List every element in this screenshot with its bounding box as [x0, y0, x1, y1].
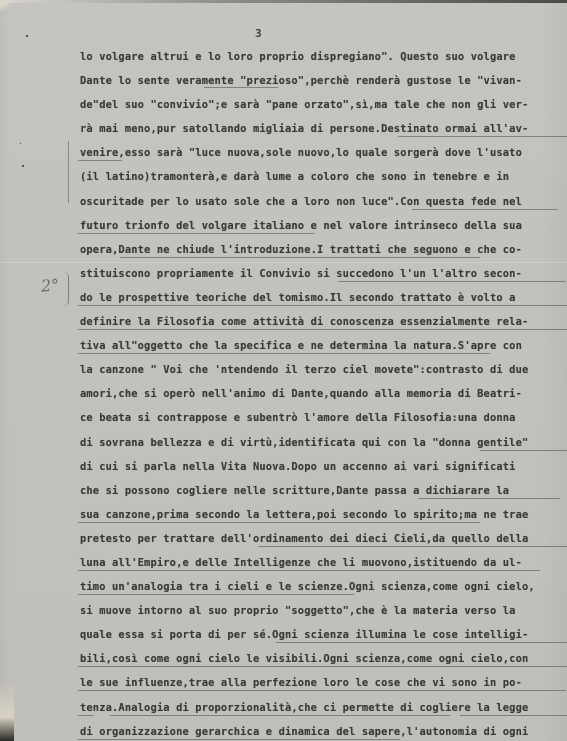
text-line: tiva all"oggetto che la specifica e ne d… — [80, 338, 560, 362]
text-line: timo un'analogia tra i cieli e le scienz… — [80, 579, 560, 603]
text-line: sua canzone,prima secondo la lettera,poi… — [80, 507, 560, 531]
text-line-content: che si possono cogliere nelle scritture,… — [80, 485, 509, 497]
pencil-underline — [110, 715, 450, 716]
page-top-edge — [0, 0, 567, 3]
margin-handwritten-parenthesis — [64, 272, 69, 306]
typewritten-body: lo volgare altrui e lo loro proprio disp… — [80, 49, 560, 741]
text-line-content: di organizzazione gerarchica e dinamica … — [80, 726, 528, 738]
text-line: definire la Filosofia come attività di c… — [80, 314, 560, 338]
text-line-content: luna all'Empiro,e delle Intelligenze che… — [80, 557, 522, 569]
text-line: do le prospettive teoriche del tomismo.I… — [80, 290, 560, 314]
pencil-underline — [78, 160, 122, 161]
text-line: le sue influenze,trae alla perfezione lo… — [80, 675, 560, 699]
text-line-content: tiva all"oggetto che la specifica e ne d… — [80, 340, 522, 352]
text-line: stituiscono propriamente il Convivio si … — [80, 266, 560, 290]
text-line-content: quale essa si porta di per sé.Ogni scien… — [80, 629, 528, 641]
pencil-underline — [78, 353, 490, 354]
pencil-underline — [78, 715, 94, 716]
text-line-content: pretesto per trattare dell'ordinamento d… — [80, 533, 528, 545]
text-line: rà mai meno,pur satollando migliaia di p… — [80, 121, 560, 145]
text-line: opera,Dante ne chiude l'introduzione.I t… — [80, 242, 560, 266]
text-line-content: rà mai meno,pur satollando migliaia di p… — [80, 123, 528, 135]
text-line-content: opera,Dante ne chiude l'introduzione.I t… — [80, 244, 522, 256]
pencil-underline — [258, 546, 567, 547]
pencil-underline — [204, 87, 278, 88]
page-corner-bottom-left — [0, 681, 14, 741]
text-line-content: stituiscono propriamente il Convivio si … — [80, 268, 522, 280]
pencil-underline — [78, 666, 567, 667]
text-line: de"del suo "convivio";e sarà "pane orzat… — [80, 97, 560, 121]
text-line: (il latino)tramonterà,e darà lume a colo… — [80, 169, 560, 193]
text-line: quale essa si porta di per sé.Ogni scien… — [80, 627, 560, 651]
pencil-underline — [398, 136, 567, 137]
text-line: amori,che si operò nell'animo di Dante,q… — [80, 386, 560, 410]
pencil-underline — [78, 594, 354, 595]
text-line-content: do le prospettive teoriche del tomismo.I… — [80, 292, 516, 304]
ink-speck — [26, 35, 28, 37]
text-line: che si possono cogliere nelle scritture,… — [80, 483, 560, 507]
text-line-content: bili,così come ogni cielo le visibili.Og… — [80, 653, 528, 665]
pencil-underline — [78, 690, 566, 691]
text-line: luna all'Empiro,e delle Intelligenze che… — [80, 555, 560, 579]
text-line: pretesto per trattare dell'ordinamento d… — [80, 531, 560, 555]
pencil-underline — [460, 715, 567, 716]
text-line: di sovrana bellezza e di virtù,identific… — [80, 435, 560, 459]
scanned-page: 3 2° lo volgare altrui e lo loro proprio… — [0, 0, 567, 741]
margin-pencil-mark — [68, 141, 69, 203]
pencil-underline — [412, 209, 558, 210]
text-line-content: definire la Filosofia come attività di c… — [80, 316, 528, 328]
text-line-content: Dante lo sente veramente "prezioso",perc… — [80, 75, 522, 87]
pencil-underline — [418, 498, 560, 499]
text-line: venire,esso sarà "luce nuova,sole nuovo,… — [80, 145, 560, 169]
text-line: ce beata si contrappose e subentrò l'amo… — [80, 410, 560, 434]
text-line-content: sua canzone,prima secondo la lettera,poi… — [80, 509, 528, 521]
pencil-underline — [276, 642, 567, 643]
text-line: Dante lo sente veramente "prezioso",perc… — [80, 73, 560, 97]
text-line: oscuritade per lo usato sole che a loro … — [80, 194, 560, 218]
pencil-underline — [78, 522, 480, 523]
text-line: di organizzazione gerarchica e dinamica … — [80, 724, 560, 741]
text-line-content: oscuritade per lo usato sole che a loro … — [80, 196, 522, 208]
text-line: si muove intorno al suo proprio "soggett… — [80, 603, 560, 627]
text-line-content: di sovrana bellezza e di virtù,identific… — [80, 437, 528, 449]
pencil-underline — [338, 281, 566, 282]
pencil-underline — [120, 257, 480, 258]
text-line-content: le sue influenze,trae alla perfezione lo… — [80, 677, 522, 689]
pencil-underline — [78, 305, 567, 306]
text-line-content: futuro trionfo del volgare italiano e ne… — [80, 220, 522, 232]
pencil-underline — [78, 329, 567, 330]
text-line: lo volgare altrui e lo loro proprio disp… — [80, 49, 560, 73]
text-line-content: timo un'analogia tra i cieli e le scienz… — [80, 581, 535, 593]
pencil-underline — [78, 233, 314, 234]
text-line: di cui si parla nella Vita Nuova.Dopo un… — [80, 459, 560, 483]
page-corner-top-left — [0, 0, 12, 18]
margin-handwritten-note: 2° — [40, 275, 59, 295]
page-number: 3 — [255, 27, 262, 40]
pencil-underline — [480, 450, 567, 451]
ink-speck — [22, 165, 24, 167]
text-line: la canzone " Voi che 'ntendendo il terzo… — [80, 362, 560, 386]
text-line-content: tenza.Analogia di proporzionalità,che ci… — [80, 702, 528, 714]
text-line: tenza.Analogia di proporzionalità,che ci… — [80, 700, 560, 724]
pencil-underline — [78, 570, 540, 571]
text-line: futuro trionfo del volgare italiano e ne… — [80, 218, 560, 242]
pencil-underline — [78, 739, 400, 740]
text-line-content: venire,esso sarà "luce nuova,sole nuovo,… — [80, 147, 522, 159]
ink-speck — [20, 143, 21, 144]
text-line: bili,così come ogni cielo le visibili.Og… — [80, 651, 560, 675]
